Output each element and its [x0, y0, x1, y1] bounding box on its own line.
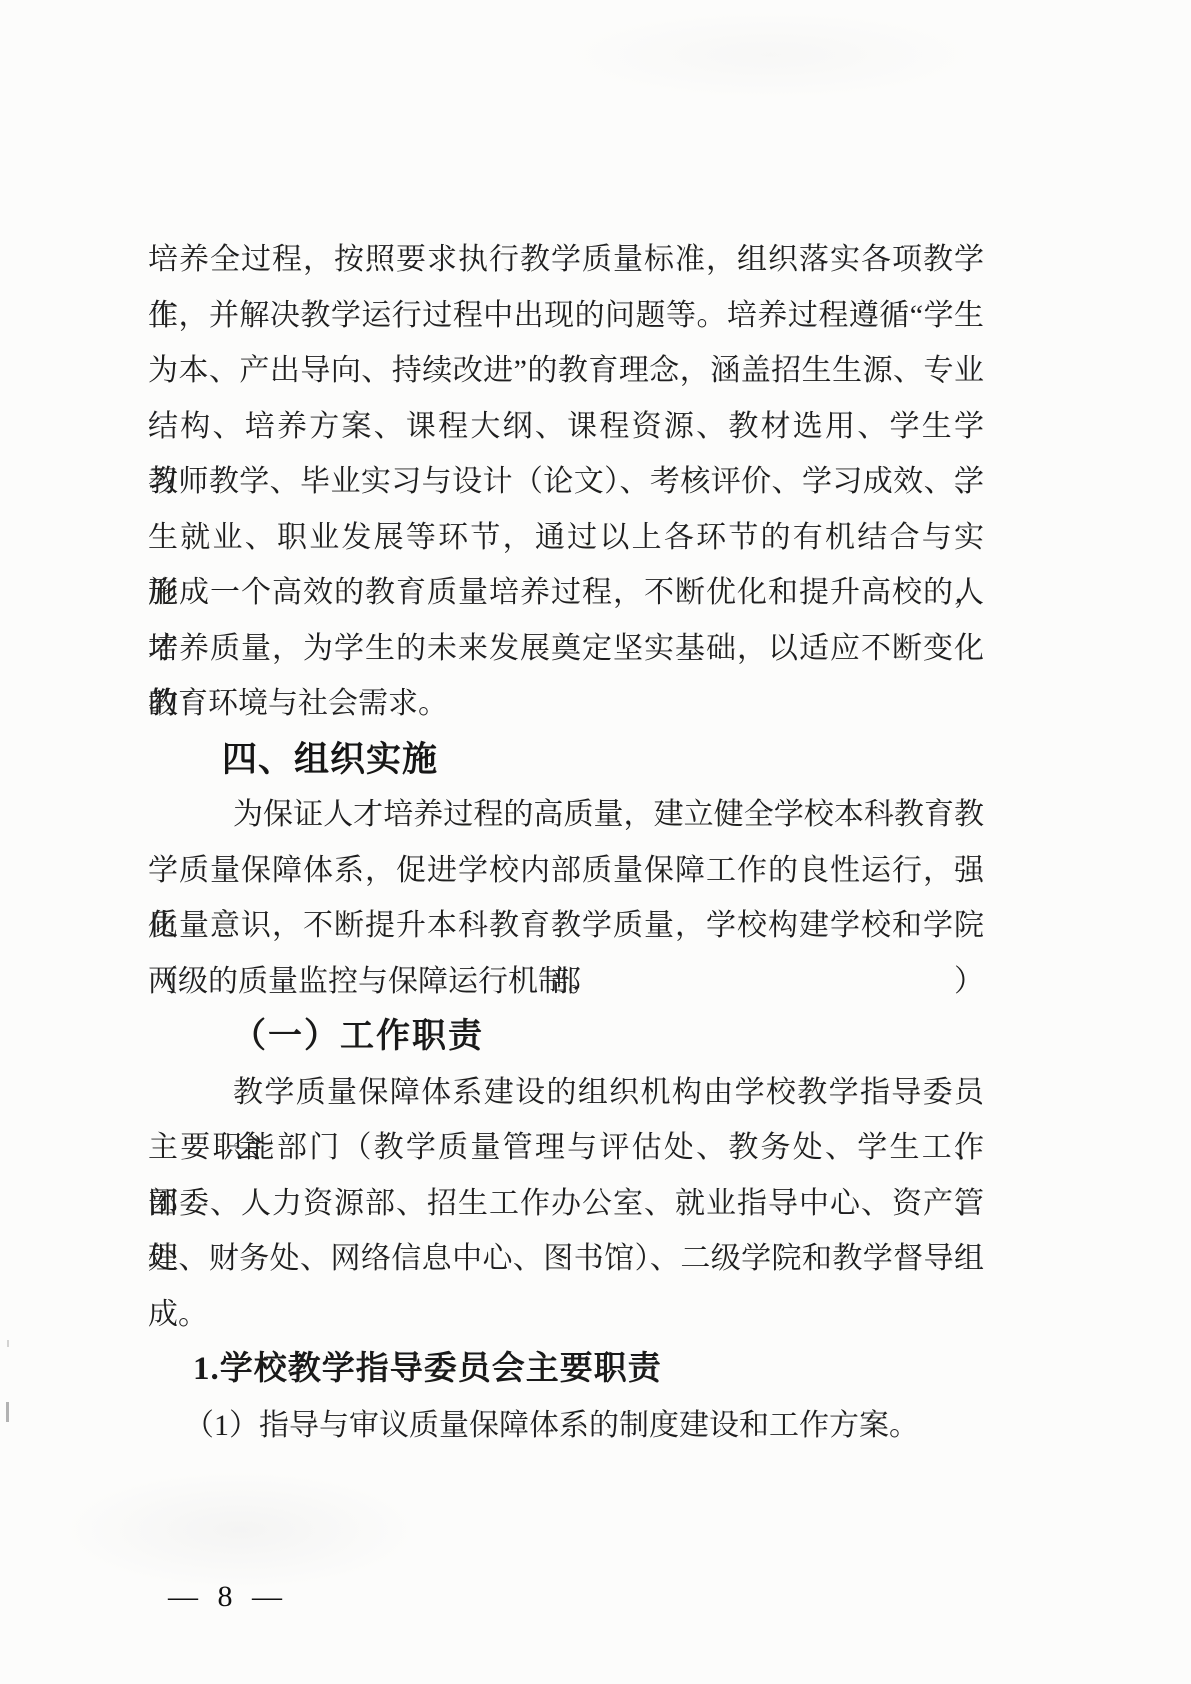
- section-heading: 四、组织实施: [148, 732, 1058, 788]
- subsection-heading: （一）工作职责: [148, 1009, 1068, 1065]
- scan-artifact: [7, 1340, 9, 1347]
- body-line: 为保证人才培养过程的高质量，建立健全学校本科教育教: [148, 787, 984, 843]
- body-line: 培养质量，为学生的未来发展奠定坚实基础，以适应不断变化的: [148, 621, 984, 677]
- body-line: 作，并解决教学运行过程中出现的问题等。培养过程遵循“学生: [148, 288, 984, 344]
- body-line: 结构、培养方案、课程大纲、课程资源、教材选用、学生学习、: [148, 399, 984, 455]
- duty-line: （1）指导与审议质量保障体系的制度建设和工作方案。: [148, 1398, 1020, 1454]
- text-block: 培养全过程，按照要求执行教学质量标准，组织落实各项教学工 作，并解决教学运行过程…: [148, 232, 984, 1453]
- body-line: 教学质量保障体系建设的组织机构由学校教学指导委员会、: [148, 1065, 984, 1121]
- body-line: 为本、产出导向、持续改进”的教育理念，涵盖招生生源、专业: [148, 343, 984, 399]
- body-line: 教师教学、毕业实习与设计（论文）、考核评价、学习成效、学: [148, 454, 984, 510]
- page-number: — 8 —: [168, 1578, 288, 1616]
- scan-smudge: [560, 10, 980, 100]
- scan-smudge: [60, 1470, 420, 1590]
- numbered-subheading: 1.学校教学指导委员会主要职责: [148, 1342, 1029, 1398]
- body-line: 学质量保障体系，促进学校内部质量保障工作的良性运行，强化: [148, 843, 984, 899]
- body-line: 处、财务处、网络信息中心、图书馆）、二级学院和教学督导组: [148, 1231, 984, 1287]
- body-line: 成。: [148, 1287, 984, 1343]
- body-line: 团委、人力资源部、招生工作办公室、就业指导中心、资产管理: [148, 1176, 984, 1232]
- body-line: 教育环境与社会需求。: [148, 676, 984, 732]
- body-line: 质量意识，不断提升本科教育教学质量，学校构建学校和学院（部）: [148, 898, 984, 954]
- body-line: 培养全过程，按照要求执行教学质量标准，组织落实各项教学工: [148, 232, 984, 288]
- body-line: 生就业、职业发展等环节，通过以上各环节的有机结合与实施，: [148, 510, 984, 566]
- document-page: 培养全过程，按照要求执行教学质量标准，组织落实各项教学工 作，并解决教学运行过程…: [0, 0, 1191, 1684]
- scan-artifact: [6, 1402, 9, 1422]
- body-line: 形成一个高效的教育质量培养过程，不断优化和提升高校的人才: [148, 565, 984, 621]
- body-line: 主要职能部门（教学质量管理与评估处、教务处、学生工作部、: [148, 1120, 984, 1176]
